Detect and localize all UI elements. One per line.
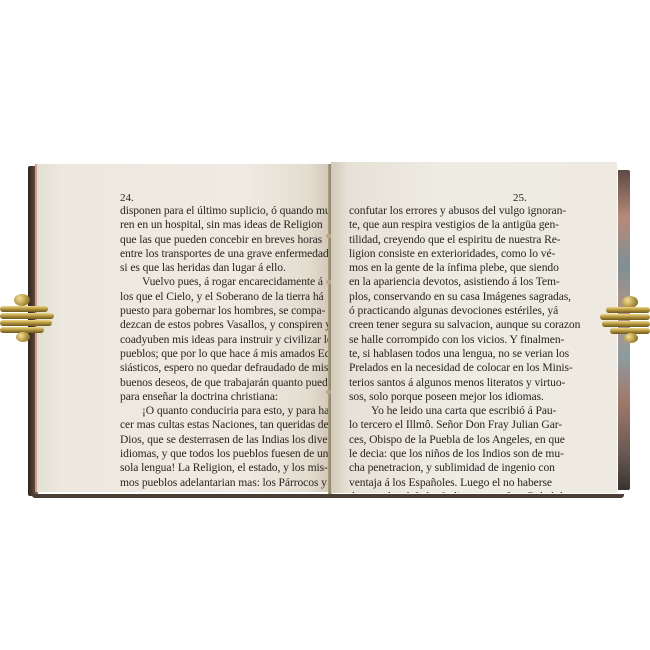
text-line: ó practicando algunas devociones estéril… [349,304,533,318]
open-book: 24. disponen para el último suplicio, ó … [28,164,630,498]
text-line: Yo he leido una carta que escribió á Pau… [349,404,533,418]
left-brass-hand-clasp-icon [0,292,56,344]
text-line: ligion consiste en exterioridades, como … [349,247,533,261]
text-line: te, si hablasen todos una lengua, no se … [349,347,533,361]
text-line: coadyuben mis ideas para instruir y civi… [120,333,318,347]
book-bottom-edge [32,494,624,498]
text-line: Dios, que se desterrasen de las Indias l… [120,433,318,447]
text-line: te, que aun respira vestigios de la anti… [349,218,533,232]
text-line: en la apariencia devotos, asistiendo á l… [349,275,533,289]
text-line: creen tener segura su salvacion, aunque … [349,318,533,332]
text-line: le decia: que los niños de los Indios so… [349,447,533,461]
text-line: sola lengua! La Religion, el estado, y l… [120,461,318,475]
text-line: buenos deseos, de que trabajarán quanto … [120,376,318,390]
text-line: sos, solo porque poseen mejor los idioma… [349,390,533,404]
text-line: que las que pueden concebir en breves ho… [120,233,318,247]
text-line: entre los transportes de una grave enfer… [120,247,318,261]
text-line: ventaja á los Españoles. Luego el no hab… [349,476,533,490]
text-line: Misioneros con menos trabajo fructificar… [120,490,318,492]
text-line: idiomas, y que todos los pueblos fuesen … [120,447,318,461]
text-line: disponen para el último suplicio, ó quan… [120,204,318,218]
text-line: para enseñar la doctrina christiana: [120,390,318,404]
text-line: mos pueblos adelantarian mas: los Párroc… [120,476,318,490]
text-line: cha penetracion, y sublimidad de ingenio… [349,461,533,475]
text-line: plos, conservando en su casa Imágenes sa… [349,290,533,304]
text-line: confutar los errores y abusos del vulgo … [349,204,533,218]
text-line: ces, Obispo de la Puebla de los Angeles,… [349,433,533,447]
left-page: 24. disponen para el último suplicio, ó … [35,164,332,492]
right-brass-hand-clasp-icon [598,295,650,345]
text-line: terios santos á algunos menos literatos … [349,376,533,390]
right-page-text: confutar los errores y abusos del vulgo … [349,204,533,493]
text-line: dezcan de estos pobres Vasallos, y consp… [120,318,318,332]
text-line: siásticos, espero no quedar defraudado d… [120,361,318,375]
text-line: Vuelvo pues, á rogar encarecidamente á [120,275,318,289]
text-line: si es que las heridas dan lugar á ello. [120,261,318,275]
text-line: ¡O quanto conduciria para esto, y para h… [120,404,318,418]
text-line: ren en un hospital, sin mas ideas de Rel… [120,218,318,232]
left-page-text: disponen para el último suplicio, ó quan… [120,204,318,492]
text-line: cer mas cultas estas Naciones, tan queri… [120,418,318,432]
text-line: Prelados en la necesidad de colocar en l… [349,361,533,375]
text-line: los que el Cielo, y el Soberano de la ti… [120,290,318,304]
text-line: lo tercero el Illmô. Señor Don Fray Juli… [349,418,533,432]
text-line: mos en la gente de la ínfima plebe, que … [349,261,533,275]
text-line: pueblos; que por lo que hace á mis amado… [120,347,318,361]
page-number-25: 25. [513,192,527,204]
text-line: puesto para gobernar los hombres, se com… [120,304,318,318]
text-line: desterrado yá de las Indias esa confusa … [349,490,533,493]
text-line: tilidad, creyendo que el espiritu de nue… [349,233,533,247]
right-page: 25. confutar los errores y abusos del vu… [331,162,617,493]
page-number-24: 24. [120,192,134,204]
text-line: se halle corrompido con los vicios. Y fi… [349,333,533,347]
